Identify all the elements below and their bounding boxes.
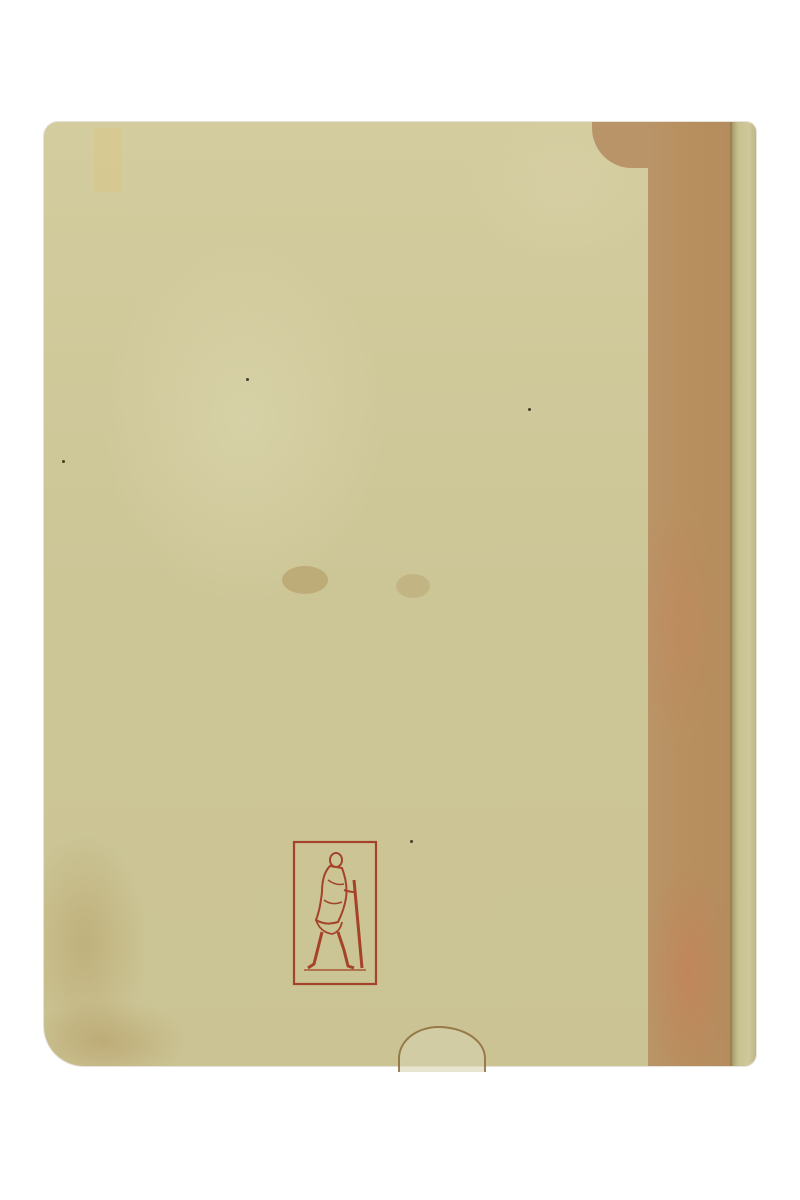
- spine-cloth: [648, 122, 732, 1066]
- spine-edge: [732, 122, 756, 1066]
- speck: [528, 408, 531, 411]
- walking-man-with-staff-icon: [292, 840, 378, 986]
- book-back-cover: [44, 122, 756, 1066]
- publisher-emblem: [292, 840, 378, 986]
- tape-mark: [94, 128, 122, 192]
- speck: [410, 840, 413, 843]
- water-stain: [396, 574, 430, 598]
- speck: [62, 460, 65, 463]
- speck: [246, 378, 249, 381]
- water-stain: [282, 566, 328, 594]
